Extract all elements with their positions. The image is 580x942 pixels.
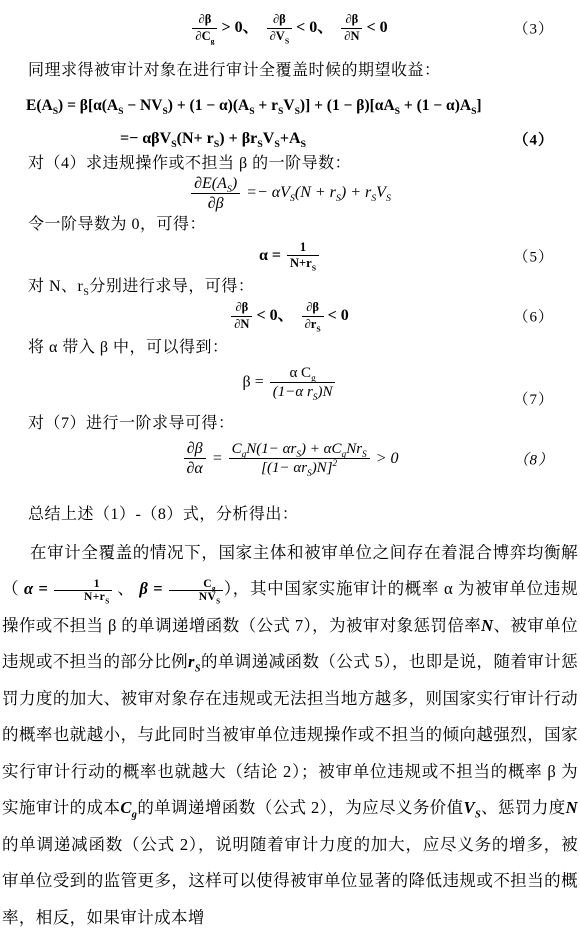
fraction: ∂β∂VS (267, 13, 293, 44)
comparison: < 0、 (256, 307, 293, 324)
equation-6: ∂β∂N< 0、 ∂β∂rS< 0 （6） (0, 301, 580, 332)
fraction: ∂β∂α (184, 440, 206, 478)
equation-rhs: > 0 (376, 449, 399, 466)
inline-variable: VS (464, 798, 482, 817)
fraction-numerator: Cg (169, 578, 223, 591)
fraction-denominator: ∂α (184, 459, 206, 478)
fraction-numerator: α Cg (270, 365, 336, 384)
fraction-denominator: N+rS (54, 591, 112, 603)
equation-number-5: （5） (513, 245, 554, 266)
inline-fraction: CgNVS (169, 578, 223, 603)
paragraph-text: 的单调递增函数（公式 2），为应尽义务价值 (137, 798, 463, 817)
equation-4-line1: E(AS) = β[α(AS − NVS) + (1 − α)(AS + rSV… (0, 97, 580, 115)
equation-number-3: （3） (513, 18, 554, 39)
inline-fraction: 1N+rS (54, 578, 112, 603)
document-page: ∂β∂Cg> 0、 ∂β∂VS< 0、 ∂β∂N< 0 （3） 同理求得被审计对… (0, 0, 580, 942)
fraction-denominator: ∂β (191, 194, 240, 213)
body-text-line: 对（4）求违规操作或不担当 β 的一阶导数： (0, 154, 580, 173)
paragraph-text: 、 (113, 579, 140, 598)
fraction-numerator: ∂β (302, 301, 324, 317)
equation-number-7: （7） (513, 388, 554, 409)
body-text-line: 同理求得被审计对象在进行审计全覆盖时候的期望收益： (0, 61, 580, 80)
fraction: CgN(1− αrS) + αCgNrS[(1− αrS)N]2 (229, 441, 370, 477)
equation-7-lhs: β = (243, 373, 264, 390)
fraction: ∂E(AS)∂β (191, 175, 240, 213)
equation-4-line2-body: =− αβVS(N+ rS) + βrSVS+AS (120, 130, 306, 147)
fraction-numerator: ∂β (267, 13, 293, 29)
comparison: < 0、 (296, 19, 333, 36)
equation-4-line2: =− αβVS(N+ rS) + βrSVS+AS （4） (0, 130, 580, 148)
equation-dEdb: ∂E(AS)∂β =− αVS(N + rS) + rSVS (0, 175, 580, 213)
fraction-numerator: 1 (54, 578, 112, 591)
inline-variable: N (566, 798, 578, 817)
fraction-denominator: (1−α rS)N (270, 383, 336, 401)
fraction-denominator: ∂VS (267, 29, 293, 44)
comparison: > 0、 (221, 19, 258, 36)
fraction-numerator: 1 (287, 241, 319, 257)
equation-number-6: （6） (513, 306, 554, 327)
equation-number-4: （4） (513, 128, 554, 149)
inline-variable: rS (188, 652, 201, 671)
equation-7: β = α Cg(1−α rS)N （7） (0, 365, 580, 401)
equation-3-body: ∂β∂Cg> 0、 ∂β∂VS< 0、 ∂β∂N< 0 (190, 19, 389, 36)
fraction: ∂β∂N (341, 13, 362, 44)
fraction-numerator: ∂β (341, 13, 362, 29)
equals-sign: = (212, 449, 223, 466)
equation-8: ∂β∂α = CgN(1− αrS) + αCgNrS[(1− αrS)N]2 … (0, 440, 580, 478)
fraction-denominator: ∂Cg (192, 29, 217, 44)
fraction: ∂β∂rS (302, 301, 324, 332)
fraction: ∂β∂Cg (192, 13, 217, 44)
paragraph-text: 的单调递减函数（公式 2），说明随着审计力度的加大，应尽义务的增多，被审单位受到… (2, 835, 578, 927)
fraction-numerator: ∂β (192, 13, 217, 29)
body-text-line: 对（7）进行一阶求导可得： (0, 414, 580, 433)
fraction-numerator: CgN(1− αrS) + αCgNrS (229, 441, 370, 460)
equation-5-lhs: α = (259, 247, 281, 264)
equation-number-8: （8） (513, 448, 554, 469)
equation-5: α = 1N+rS （5） (0, 241, 580, 272)
body-text-line: 将 α 带入 β 中，可以得到： (0, 338, 580, 357)
analysis-paragraph: 在审计全覆盖的情况下，国家主体和被审单位之间存在着混合博弈均衡解（ α = 1N… (0, 535, 580, 937)
equation-3: ∂β∂Cg> 0、 ∂β∂VS< 0、 ∂β∂N< 0 （3） (0, 13, 580, 44)
comparison: < 0 (328, 307, 349, 324)
fraction-denominator: ∂N (231, 317, 252, 332)
fraction: 1N+rS (287, 241, 319, 272)
inline-variable: N (481, 616, 493, 635)
inline-formula-lhs: β = (139, 579, 167, 598)
equation-rhs: =− αVS(N + rS) + rSVS (246, 184, 391, 201)
inline-variable: Cg (120, 798, 137, 817)
paragraph-text: 、惩罚力度 (481, 798, 566, 817)
fraction: ∂β∂N (231, 301, 252, 332)
body-text-line: 令一阶导数为 0，可得： (0, 215, 580, 234)
paragraph-text: 的单调递减函数（公式 5），也即是说，随着审计惩罚力度的加大、被审对象存在违规或… (2, 652, 578, 817)
body-text-line: 总结上述（1）-（8）式，分析得出： (0, 505, 580, 524)
fraction-denominator: NVS (169, 591, 223, 603)
fraction: α Cg(1−α rS)N (270, 365, 336, 401)
fraction-numerator: ∂β (184, 440, 206, 460)
inline-formula-lhs: α = (24, 579, 53, 598)
equation-6-body: ∂β∂N< 0、 ∂β∂rS< 0 (229, 307, 351, 324)
fraction-denominator: ∂N (341, 29, 362, 44)
comparison: < 0 (366, 19, 387, 36)
fraction-denominator: ∂rS (302, 317, 324, 332)
fraction-denominator: [(1− αrS)N]2 (229, 459, 370, 477)
fraction-numerator: ∂β (231, 301, 252, 317)
body-text-line: 对 N、rS分别进行求导，可得： (0, 277, 580, 296)
fraction-denominator: N+rS (287, 256, 319, 271)
fraction-numerator: ∂E(AS) (191, 175, 240, 195)
